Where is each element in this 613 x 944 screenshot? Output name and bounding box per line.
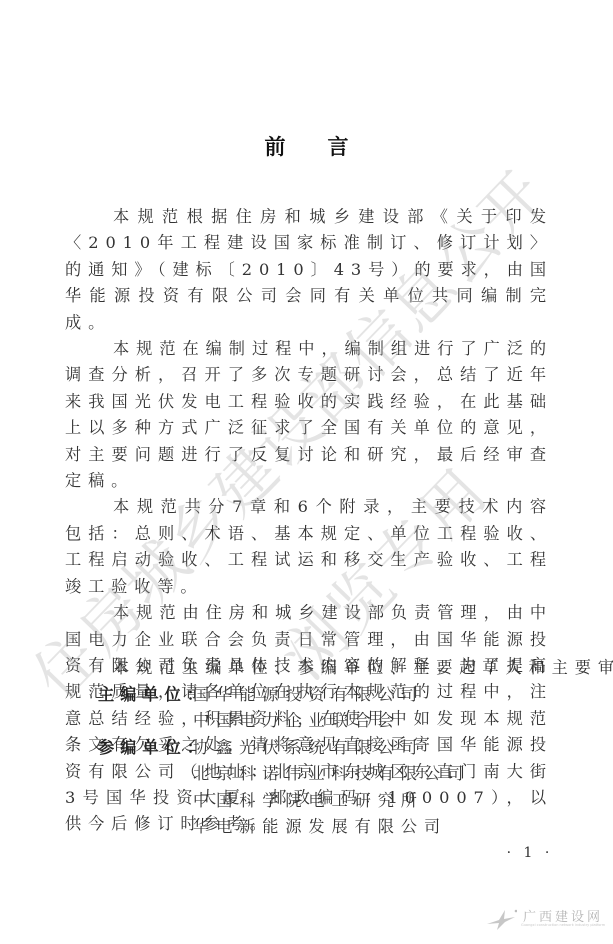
paragraph-2: 本规范在编制过程中，编制组进行了广泛的调查分析，召开了多次专题研讨会，总结了近年… — [65, 336, 553, 494]
participating-row-1: 参编单位： 协鑫光伏系统有限公司 — [98, 735, 470, 761]
title-char-2: 言 — [328, 131, 349, 161]
document-page: 前言 本规范根据住房和城乡建设部《关于印发〈2010年工程建设国家标准制订、修订… — [0, 0, 613, 944]
title-char-1: 前 — [265, 131, 286, 161]
paragraph-1: 本规范根据住房和城乡建设部《关于印发〈2010年工程建设国家标准制订、修订计划〉… — [65, 204, 553, 336]
units-list: 主编单位： 国华能源投资有限公司 中国电力企业联合会 参编单位： 协鑫光伏系统有… — [98, 682, 470, 840]
logo-subtitle: Guangxi construction network industry pl… — [521, 923, 605, 927]
chief-editor-row-1: 主编单位： 国华能源投资有限公司 — [98, 682, 470, 708]
page-number: · 1 · — [500, 845, 560, 861]
participating-unit: 协鑫光伏系统有限公司 — [193, 735, 424, 761]
page-title: 前言 — [0, 131, 613, 161]
chief-editor-row-2: 中国电力企业联合会 — [98, 708, 470, 734]
site-logo: 广西建设网 Guangxi construction network indus… — [485, 906, 607, 936]
star-logo-icon — [485, 908, 517, 932]
participating-row-3: 中国科学院电工研究所 — [98, 788, 470, 814]
chief-editor-unit: 中国电力企业联合会 — [193, 708, 401, 734]
chief-editor-label: 主编单位： — [98, 682, 193, 708]
participating-row-2: 北京科诺伟业科技有限公司 — [98, 761, 470, 787]
units-intro-line: 本规范主编单位、参编单位、主要起草人和主要审查人： — [113, 655, 613, 681]
participating-label: 参编单位： — [98, 735, 193, 761]
participating-unit: 华电新能源发展有限公司 — [193, 814, 447, 840]
participating-unit: 北京科诺伟业科技有限公司 — [193, 761, 470, 787]
paragraph-3: 本规范共分7章和6个附录，主要技术内容包括：总则、术语、基本规定、单位工程验收、… — [65, 494, 553, 600]
participating-unit: 中国科学院电工研究所 — [193, 788, 424, 814]
participating-row-4: 华电新能源发展有限公司 — [98, 814, 470, 840]
chief-editor-unit: 国华能源投资有限公司 — [193, 682, 424, 708]
